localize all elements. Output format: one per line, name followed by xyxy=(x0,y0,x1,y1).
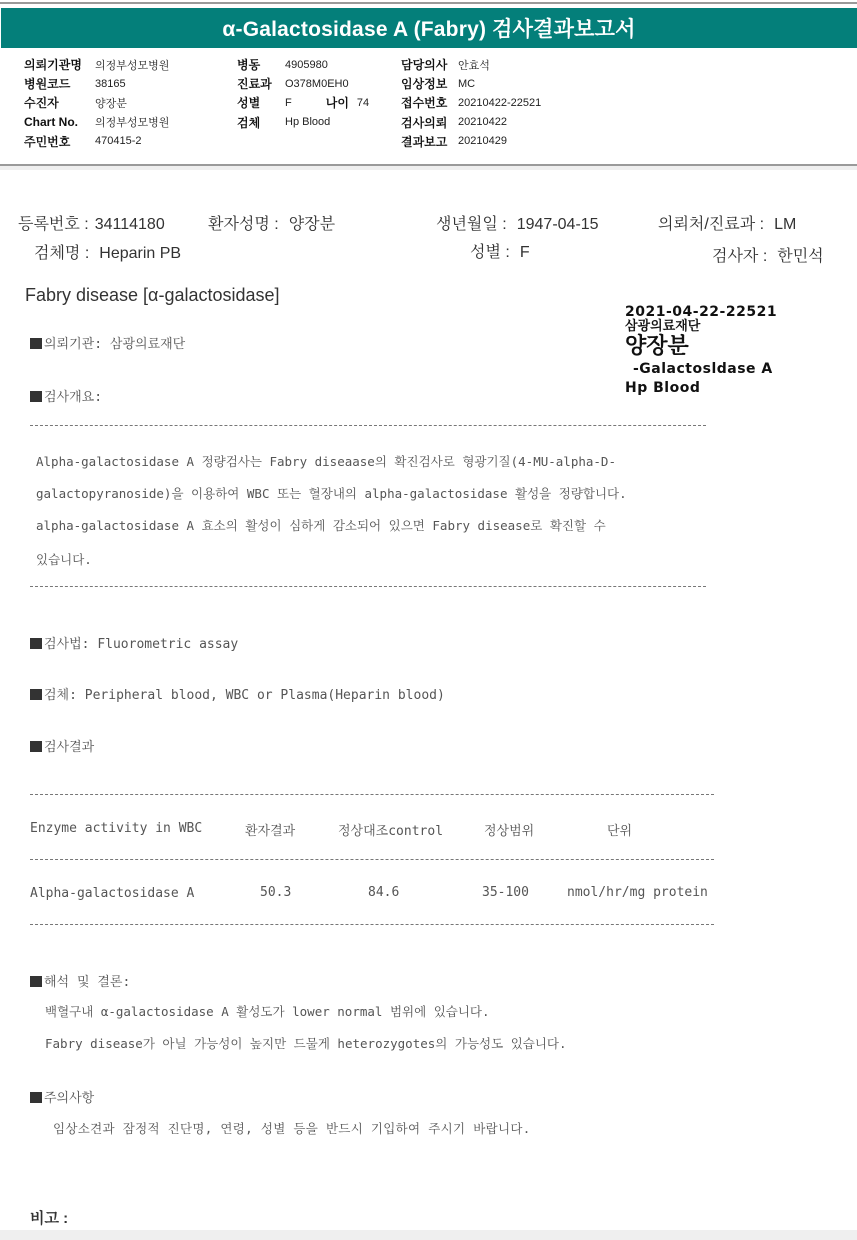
info-label: 검사의뢰 xyxy=(401,114,458,131)
specimen-name-field: 검체명 :Heparin PB xyxy=(34,240,181,263)
info-row-report-date: 결과보고20210429 xyxy=(401,132,541,151)
specimen-label-sticker: 2021-04-22-22521 삼광의료재단 양장분 -Galactoslda… xyxy=(625,305,777,395)
overview-line-2: galactopyranoside)을 이용하여 WBC 또는 혈장내의 alp… xyxy=(36,484,627,502)
info-value: 양장분 xyxy=(95,95,127,111)
info-label: 접수번호 xyxy=(401,94,458,111)
tester-label: 검사자 : xyxy=(712,248,767,265)
info-row-institution: 의뢰기관명의정부성모병원 xyxy=(24,55,169,74)
info-row-hospital-code: 병원코드38165 xyxy=(24,74,169,93)
info-row-patient: 수진자양장분 xyxy=(24,93,169,112)
table-header-control: 정상대조control xyxy=(338,820,443,839)
sticker-patient-name: 양장분 xyxy=(625,336,777,358)
info-column-1: 의뢰기관명의정부성모병원 병원코드38165 수진자양장분 Chart No.의… xyxy=(24,55,169,151)
scanned-report: 등록번호 :34114180 환자성명 :양장분 생년월일 :1947-04-1… xyxy=(0,170,857,1230)
info-label: 의뢰기관명 xyxy=(24,56,95,73)
info-label: 수진자 xyxy=(24,94,95,111)
method-heading: 검사법: Fluorometric assay xyxy=(30,633,238,652)
info-label: 주민번호 xyxy=(24,133,95,150)
table-cell-control: 84.6 xyxy=(368,885,399,900)
info-value: Hp Blood xyxy=(285,116,330,128)
table-bottom-divider xyxy=(30,924,714,925)
table-header-unit: 단위 xyxy=(607,820,632,839)
age-value: 74 xyxy=(357,97,369,109)
table-cell-normal-range: 35-100 xyxy=(482,885,529,900)
info-label: 진료과 xyxy=(237,75,285,92)
info-label: 임상정보 xyxy=(401,75,458,92)
info-value: 20210422-22521 xyxy=(458,97,541,109)
table-top-divider xyxy=(30,794,714,795)
info-row-doctor: 담당의사안효석 xyxy=(401,55,541,74)
info-value: F xyxy=(285,97,292,109)
info-label: 병동 xyxy=(237,56,285,73)
dob-label: 생년월일 : xyxy=(436,216,507,233)
info-row-request-date: 검사의뢰20210422 xyxy=(401,113,541,132)
age-label: 나이 xyxy=(326,94,349,111)
table-header-enzyme: Enzyme activity in WBC xyxy=(30,821,202,836)
test-section-title: Fabry disease [α-galactosidase] xyxy=(25,285,280,306)
caution-heading: 주의사항 xyxy=(30,1087,94,1106)
reg-no-label: 등록번호 : xyxy=(18,216,89,233)
info-value: 470415-2 xyxy=(95,135,142,147)
reg-no-field: 등록번호 :34114180 xyxy=(18,211,165,234)
info-value: 38165 xyxy=(95,78,126,90)
info-label: 병원코드 xyxy=(24,75,95,92)
remarks-label: 비고 : xyxy=(30,1207,68,1228)
overview-heading: 검사개요: xyxy=(30,386,102,405)
sticker-accession: 2021-04-22-22521 xyxy=(625,305,777,319)
specimen-name-value: Heparin PB xyxy=(99,245,181,262)
info-row-resident-no: 주민번호470415-2 xyxy=(24,132,169,151)
info-value: 의정부성모병원 xyxy=(95,114,169,130)
top-divider xyxy=(0,2,857,4)
sex-field: 성별 :F xyxy=(470,239,530,262)
info-row-chart-no: Chart No.의정부성모병원 xyxy=(24,113,169,132)
tester-field: 검사자 :한민석 xyxy=(712,243,824,266)
patient-name-field: 환자성명 :양장분 xyxy=(208,211,335,234)
dept-value: LM xyxy=(774,216,796,233)
interpretation-line-1: 백혈구내 α-galactosidase A 활성도가 lower normal… xyxy=(45,1002,490,1020)
interpretation-heading: 해석 및 결론: xyxy=(30,971,130,990)
specimen-name-label: 검체명 : xyxy=(34,245,89,262)
report-info-grid: 의뢰기관명의정부성모병원 병원코드38165 수진자양장분 Chart No.의… xyxy=(0,55,857,155)
table-header-patient-result: 환자결과 xyxy=(245,820,295,839)
info-row-specimen: 검체Hp Blood xyxy=(237,113,369,132)
divider-dashed xyxy=(30,586,706,587)
info-row-ward: 병동4905980 xyxy=(237,55,369,74)
info-value: O378M0EH0 xyxy=(285,78,349,90)
info-row-sex-age: 성별F나이74 xyxy=(237,93,369,112)
info-label: 결과보고 xyxy=(401,133,458,150)
overview-line-3: alpha-galactosidase A 효소의 활성이 심하게 감소되어 있… xyxy=(36,516,606,534)
info-column-2: 병동4905980 진료과O378M0EH0 성별F나이74 검체Hp Bloo… xyxy=(237,55,369,132)
info-value: 안효석 xyxy=(458,57,490,73)
overview-line-4: 있습니다. xyxy=(36,550,92,568)
info-row-clinical-info: 임상정보MC xyxy=(401,74,541,93)
table-cell-patient-result: 50.3 xyxy=(260,885,291,900)
info-row-department: 진료과O378M0EH0 xyxy=(237,74,369,93)
dept-label: 의뢰처/진료과 : xyxy=(658,216,764,233)
dob-field: 생년월일 :1947-04-15 xyxy=(436,211,599,234)
table-header-normal-range: 정상범위 xyxy=(484,820,534,839)
divider-dashed xyxy=(30,425,706,426)
results-heading: 검사결과 xyxy=(30,736,94,755)
interpretation-line-2: Fabry disease가 아닐 가능성이 높지만 드물게 heterozyg… xyxy=(45,1034,567,1052)
patient-name-label: 환자성명 : xyxy=(208,216,279,233)
tester-value: 한민석 xyxy=(777,248,823,265)
sticker-test-name: -Galactosldase A xyxy=(633,362,777,376)
info-value: 의정부성모병원 xyxy=(95,57,169,73)
institution-heading: 의뢰기관: 삼광의료재단 xyxy=(30,333,185,352)
patient-name-value: 양장분 xyxy=(289,216,335,233)
info-value: 4905980 xyxy=(285,59,328,71)
sex-label: 성별 : xyxy=(470,244,510,261)
footer-band xyxy=(0,1230,857,1240)
table-cell-unit: nmol/hr/mg protein xyxy=(567,885,708,900)
dept-field: 의뢰처/진료과 :LM xyxy=(658,211,796,234)
info-value: MC xyxy=(458,78,475,90)
info-label: 담당의사 xyxy=(401,56,458,73)
info-label: 검체 xyxy=(237,114,285,131)
table-cell-enzyme: Alpha-galactosidase A xyxy=(30,886,194,901)
sticker-institution: 삼광의료재단 xyxy=(625,320,777,333)
info-label: 성별 xyxy=(237,94,285,111)
specimen-heading: 검체: Peripheral blood, WBC or Plasma(Hepa… xyxy=(30,684,445,703)
info-value: 20210429 xyxy=(458,135,507,147)
sex-value: F xyxy=(520,244,530,261)
info-value: 20210422 xyxy=(458,116,507,128)
dob-value: 1947-04-15 xyxy=(517,216,599,233)
report-title: α-Galactosidase A (Fabry) 검사결과보고서 xyxy=(1,8,857,48)
reg-no-value: 34114180 xyxy=(95,216,165,233)
info-row-accession-no: 접수번호20210422-22521 xyxy=(401,93,541,112)
caution-text: 임상소견과 잠정적 진단명, 연령, 성별 등을 반드시 기입하여 주시기 바랍… xyxy=(53,1119,531,1137)
info-label: Chart No. xyxy=(24,115,95,129)
overview-line-1: Alpha-galactosidase A 정량검사는 Fabry diseaa… xyxy=(36,452,616,470)
sticker-specimen: Hp Blood xyxy=(625,381,777,395)
table-header-divider xyxy=(30,859,714,860)
info-column-3: 담당의사안효석 임상정보MC 접수번호20210422-22521 검사의뢰20… xyxy=(401,55,541,151)
